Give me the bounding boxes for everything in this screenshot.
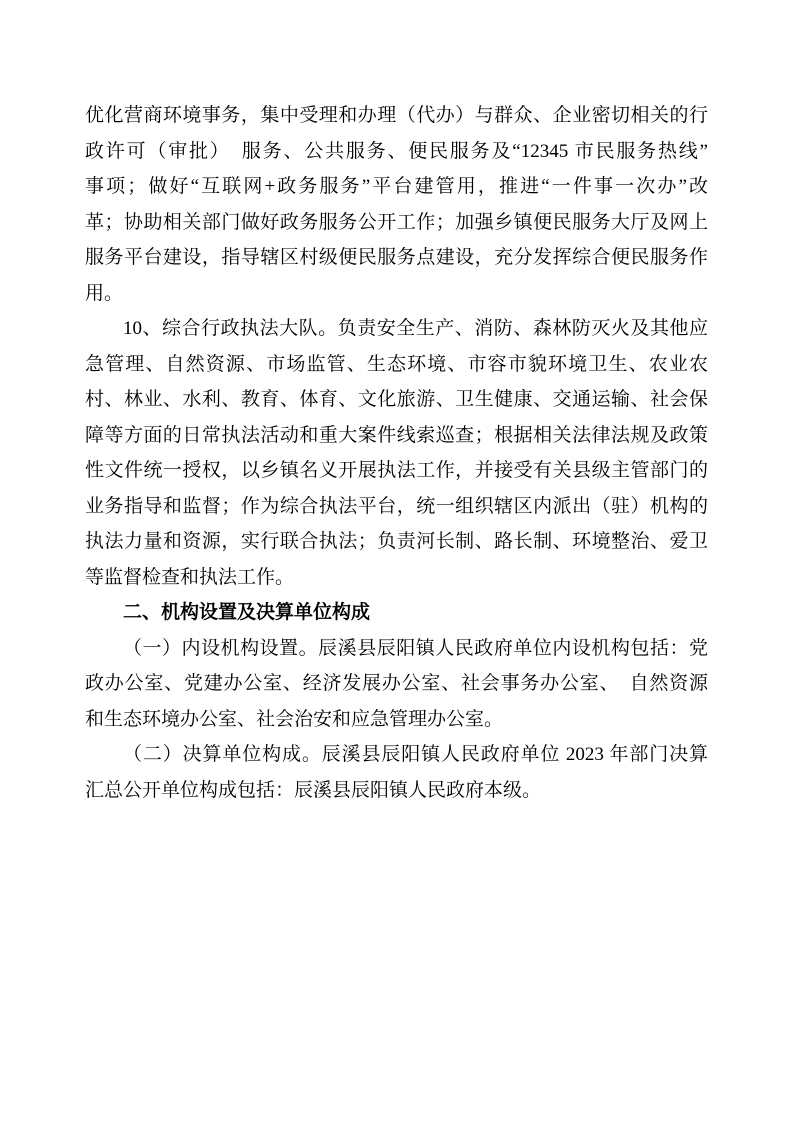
text-line: 汇总公开单位构成包括：辰溪县辰阳镇人民政府本级。 (85, 773, 708, 809)
text-line: 政办公室、党建办公室、经济发展办公室、社会事务办公室、 自然资源 (85, 666, 708, 702)
text-line: 优化营商环境事务，集中受理和办理（代办）与群众、企业密切相关的行 (85, 98, 708, 134)
text-line: 和生态环境办公室、社会治安和应急管理办公室。 (85, 702, 708, 738)
text-line: 性文件统一授权，以乡镇名义开展执法工作，并接受有关县级主管部门的 (85, 453, 708, 489)
document-body: 优化营商环境事务，集中受理和办理（代办）与群众、企业密切相关的行政许可（审批） … (85, 98, 708, 808)
text-line: 事项；做好“互联网+政务服务”平台建管用，推进“一件事一次办”改 (85, 169, 708, 205)
text-line: 政许可（审批） 服务、公共服务、便民服务及“12345 市民服务热线” (85, 134, 708, 170)
text-line: 业务指导和监督；作为综合执法平台，统一组织辖区内派出（驻）机构的 (85, 489, 708, 525)
text-line: 革；协助相关部门做好政务服务公开工作；加强乡镇便民服务大厅及网上 (85, 205, 708, 241)
document-page: 优化营商环境事务，集中受理和办理（代办）与群众、企业密切相关的行政许可（审批） … (0, 0, 793, 1122)
section-heading: 二、机构设置及决算单位构成 (85, 595, 708, 631)
text-line: 等监督检查和执法工作。 (85, 560, 708, 596)
text-line: 急管理、自然资源、市场监管、生态环境、市容市貌环境卫生、农业农 (85, 347, 708, 383)
text-line: （二）决算单位构成。辰溪县辰阳镇人民政府单位 2023 年部门决算 (85, 737, 708, 773)
text-line: 用。 (85, 276, 708, 312)
text-line: 10、综合行政执法大队。负责安全生产、消防、森林防灭火及其他应 (85, 311, 708, 347)
text-line: 执法力量和资源，实行联合执法；负责河长制、路长制、环境整治、爱卫 (85, 524, 708, 560)
text-line: 障等方面的日常执法活动和重大案件线索巡查；根据相关法律法规及政策 (85, 418, 708, 454)
text-line: 服务平台建设，指导辖区村级便民服务点建设，充分发挥综合便民服务作 (85, 240, 708, 276)
text-line: 村、林业、水利、教育、体育、文化旅游、卫生健康、交通运输、社会保 (85, 382, 708, 418)
text-line: （一）内设机构设置。辰溪县辰阳镇人民政府单位内设机构包括：党 (85, 631, 708, 667)
